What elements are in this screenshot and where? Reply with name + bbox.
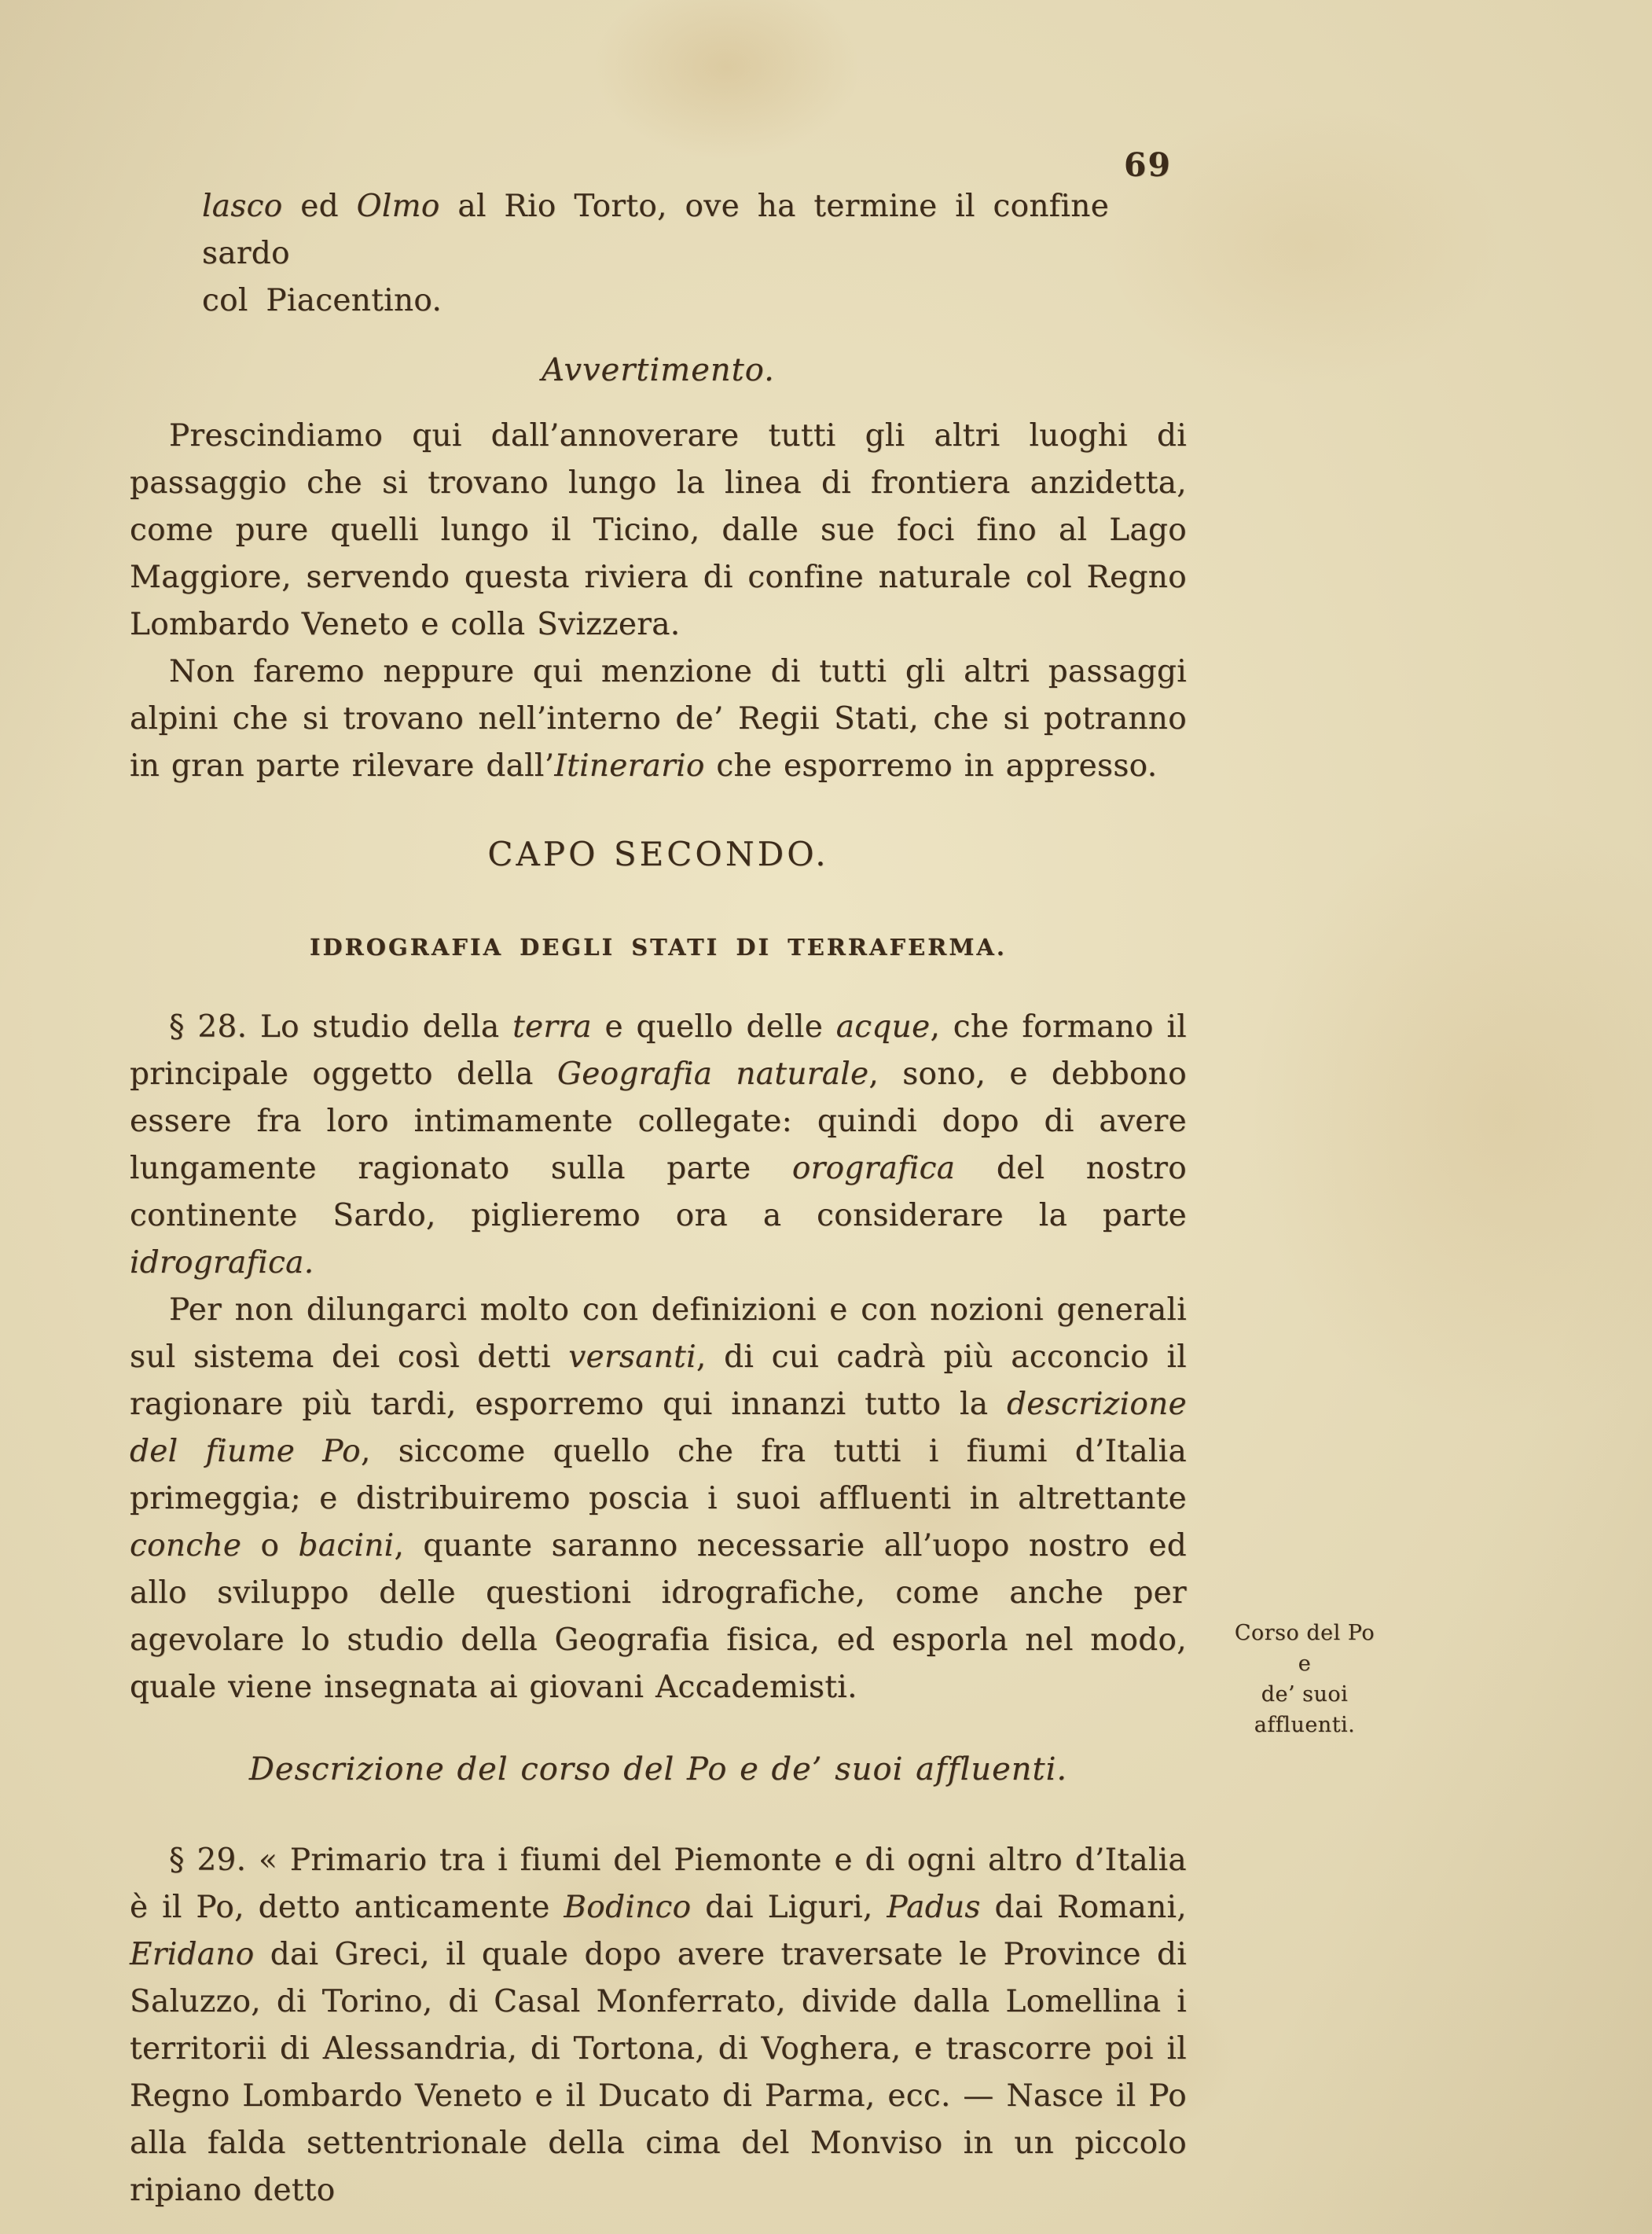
heading-avvertimento: Avvertimento. <box>130 347 1187 394</box>
chapter-subheading: IDROGRAFIA DEGLI STATI DI TERRAFERMA. <box>130 924 1187 971</box>
margin-note-line: e <box>1209 1648 1401 1679</box>
margin-note-line: Corso del Po <box>1209 1618 1401 1648</box>
paragraph-section-28: § 28. Lo studio della terra e quello del… <box>130 1004 1187 1287</box>
paragraph-continuation: lasco ed Olmo al Rio Torto, ove ha termi… <box>130 183 1187 325</box>
paragraph-section-29: § 29. « Primario tra i fiumi del Piemont… <box>130 1837 1187 2214</box>
chapter-heading: CAPO SECONDO. <box>130 831 1187 878</box>
page-number: 69 <box>1124 146 1172 184</box>
margin-note-line: de’ suoi affluenti. <box>1209 1679 1401 1740</box>
heading-descrizione-po: Descrizione del corso del Po e de’ suoi … <box>130 1746 1187 1793</box>
margin-note-corso-del-po: Corso del Po e de’ suoi affluenti. <box>1209 1618 1401 1740</box>
text-block: lasco ed Olmo al Rio Torto, ove ha termi… <box>130 183 1187 2214</box>
paragraph-section-28-continued: Per non dilungarci molto con definizioni… <box>130 1287 1187 1711</box>
book-page: 69 lasco ed Olmo al Rio Torto, ove ha te… <box>0 0 1652 2234</box>
paragraph-frontiera: Prescindiamo qui dall’annoverare tutti g… <box>130 413 1187 649</box>
paragraph-passaggi-alpini: Non faremo neppure qui menzione di tutti… <box>130 649 1187 790</box>
